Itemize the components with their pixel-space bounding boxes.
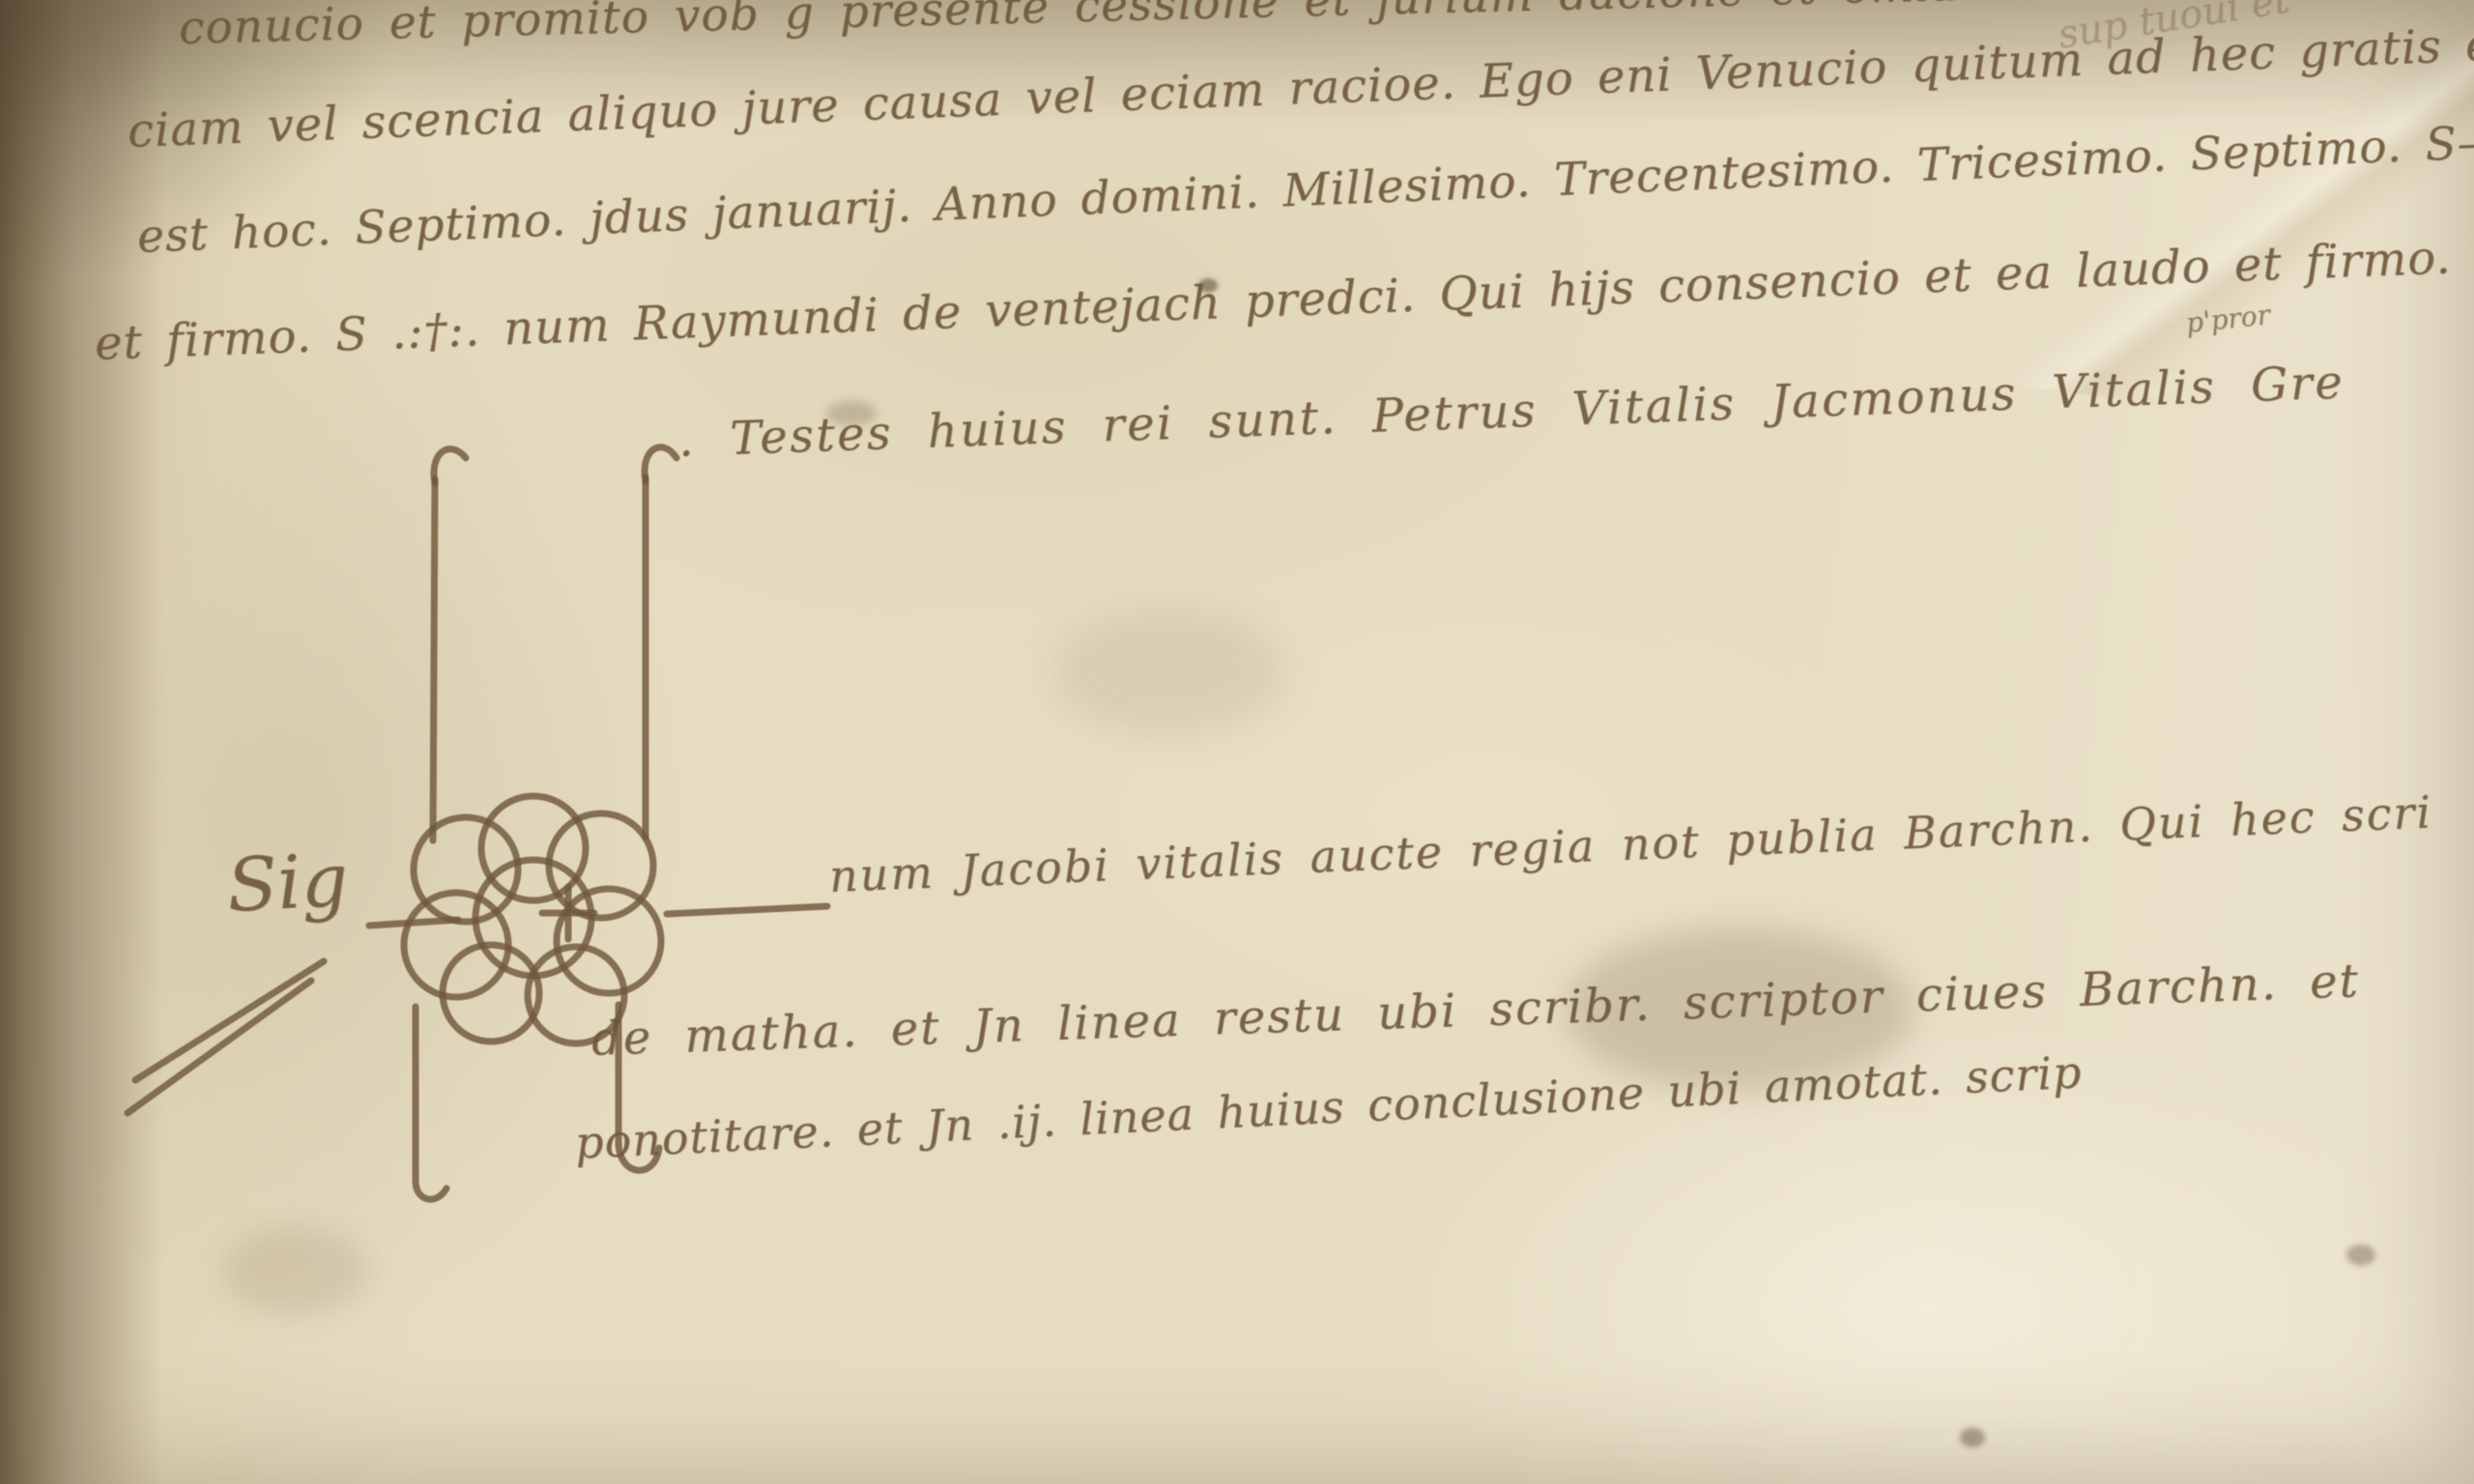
notarial-signum-drawing: [126, 415, 1053, 1217]
manuscript-photo: conucio et promito vob g presente cessio…: [0, 0, 2474, 1484]
